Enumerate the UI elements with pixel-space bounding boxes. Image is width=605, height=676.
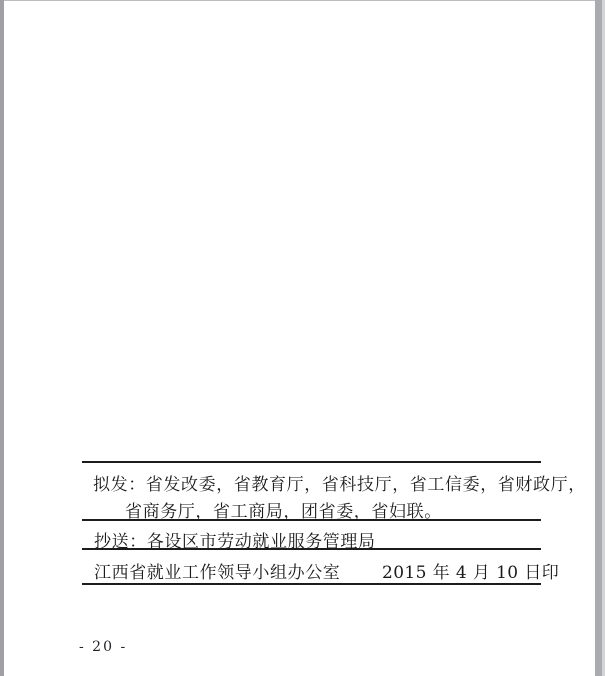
page-left-edge — [0, 0, 4, 676]
footer-table-rule-bottom — [82, 583, 541, 585]
document-page: 拟发：省发改委，省教育厅，省科技厅，省工信委，省财政厅， 省商务厅，省工商局，团… — [0, 0, 605, 676]
page-top-edge — [4, 0, 595, 1]
copy-to-line: 抄送：各设区市劳动就业服务管理局 — [94, 527, 376, 552]
issuing-office: 江西省就业工作领导小组办公室 — [94, 558, 340, 583]
draft-distribution-line1: 拟发：省发改委，省教育厅，省科技厅，省工信委，省财政厅， — [93, 470, 586, 495]
print-date: 2015 年 4 月 10 日印 — [382, 558, 559, 583]
draft-distribution-line2: 省商务厅，省工商局，团省委，省妇联。 — [125, 497, 442, 522]
footer-table-rule-top — [82, 461, 541, 463]
page-number: - 20 - — [79, 639, 127, 655]
page-right-edge — [595, 0, 602, 676]
